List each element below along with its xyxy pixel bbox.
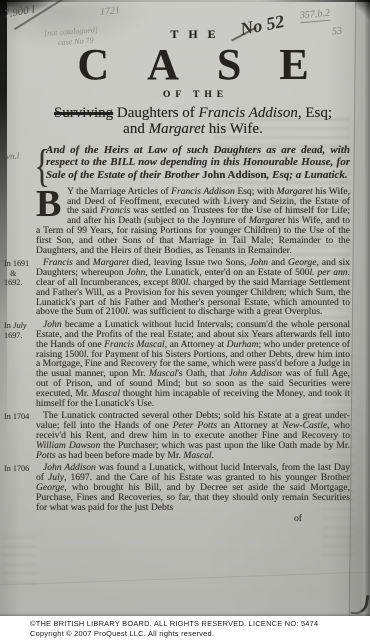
scanned-page: 7.900 I 1721 [not catalogued] case No 79… [0,0,370,616]
body-paragraph: In 1691 &1692. Francis and Margaret died… [36,258,350,317]
pencil-margin-annotation: vn.l [6,151,20,162]
screenshot-root: 7.900 I 1721 [not catalogued] case No 79… [0,0,370,640]
paragraph-text: Y the Marriage Articles of Francis Addis… [36,186,350,256]
pencil-annotation-year: 1721 [99,5,120,18]
page-crease-line [0,571,370,585]
paragraph-text: John became a Lunatick without lucid Int… [36,319,350,408]
margin-note: In 1691 &1692. [4,259,34,287]
title-of-the: OF THE [36,90,350,100]
body-paragraph: In 1706 John Addison was found a Lunatic… [36,463,350,512]
drop-cap: B [36,189,63,219]
body-paragraph: In 1704 The Lunatick contracted several … [36,411,350,460]
paragraph-text: The Lunatick contracted several other De… [36,410,350,460]
paragraph-text: Francis and Margaret died, leaving Issue… [36,257,350,317]
page-edge-shadow-left [0,0,7,440]
margin-note: In July1697. [4,321,34,340]
proquest-copyright-line: Copyright © 2007 ProQuest LLC. All right… [30,629,318,639]
body-paragraph: In July1697. John became a Lunatick with… [36,320,350,408]
summary-paragraph: { And of the Heirs at Law of such Daught… [46,144,350,181]
pencil-shelfmark: 357.b.2 [299,8,330,24]
catchword: of [36,514,350,524]
margin-note: In 1704 [4,412,34,421]
copyright-footer: ©THE BRITISH LIBRARY BOARD. ALL RIGHTS R… [30,619,318,639]
title-subject-line1: Surviving Daughters of Francis Addison, … [36,105,350,121]
printed-text-column: THE CASE OF THE Surviving Daughters of F… [36,28,350,524]
margin-note: In 1706 [4,464,34,473]
body-paragraph: B Y the Marriage Articles of Francis Add… [36,187,350,256]
library-copyright-line: ©THE BRITISH LIBRARY BOARD. ALL RIGHTS R… [30,619,318,629]
title-case: CASE [36,42,350,87]
page-edge-shadow-bottom [0,613,370,616]
summary-text: And of the Heirs at Law of such Daughter… [46,144,350,181]
paragraph-text: John Addison was found a Lunatick, witho… [36,462,350,512]
ink-showthrough-texture [2,536,36,584]
title-subject-line2: and Margaret his Wife. [36,121,350,137]
